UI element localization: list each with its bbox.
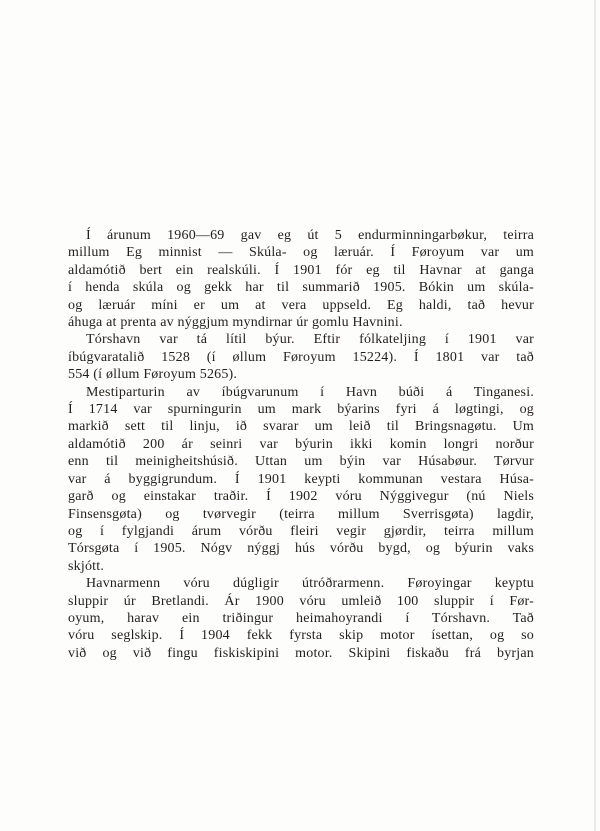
paragraph: Mestiparturin av íbúgvarunum í Havn búði… (68, 384, 534, 575)
text-line: var á byggigrundum. Í 1901 keypti kommun… (68, 471, 534, 488)
text-line: í henda skúla og gekk har til summarið 1… (68, 279, 534, 296)
text-line: íbúgvaratalið 1528 (í øllum Føroyum 1522… (68, 349, 534, 366)
text-line: enn til meinigheitshúsið. Uttan um býin … (68, 453, 534, 470)
paragraph: Tórshavn var tá lítil býur. Eftir fólkat… (68, 331, 534, 383)
body-text: Í árunum 1960—69 gav eg út 5 endurminnin… (68, 227, 534, 662)
text-line: markið sett til linju, ið svarar um leið… (68, 418, 534, 435)
text-line: og læruár míni er um at vera uppseld. Eg… (68, 297, 534, 314)
text-line: Finsensgøta) og tvørvegir (teirra millum… (68, 506, 534, 523)
text-line: oyum, harav ein triðingur heimahoyrandi … (68, 610, 534, 627)
text-line: aldamótið bert ein realskúli. Í 1901 fór… (68, 262, 534, 279)
text-line: Mestiparturin av íbúgvarunum í Havn búði… (68, 384, 534, 401)
text-line: aldamótið 200 ár seinri var býurin ikki … (68, 436, 534, 453)
paragraph: Havnarmenn vóru dúgligir útróðrarmenn. F… (68, 575, 534, 662)
text-line: millum Eg minnist — Skúla- og læruár. Í … (68, 244, 534, 261)
text-line: Tórsgøta í 1905. Nógv nýggj hús vórðu by… (68, 540, 534, 557)
text-line: 554 (í øllum Føroyum 5265). (68, 366, 534, 383)
text-line: Í 1714 var spurningurin um mark býarins … (68, 401, 534, 418)
page-edge-shadow (594, 0, 596, 831)
text-line: Tórshavn var tá lítil býur. Eftir fólkat… (68, 331, 534, 348)
text-line: skjótt. (68, 558, 534, 575)
text-line: áhuga at prenta av nýggjum myndirnar úr … (68, 314, 534, 331)
text-line: vóru seglskip. Í 1904 fekk fyrsta skip m… (68, 627, 534, 644)
paragraph: Í árunum 1960—69 gav eg út 5 endurminnin… (68, 227, 534, 331)
text-line: sluppir úr Bretlandi. Ár 1900 vóru umlei… (68, 593, 534, 610)
text-line: Í árunum 1960—69 gav eg út 5 endurminnin… (68, 227, 534, 244)
text-line: við og við fingu fiskiskipini motor. Ski… (68, 645, 534, 662)
text-line: Havnarmenn vóru dúgligir útróðrarmenn. F… (68, 575, 534, 592)
text-line: og í fylgjandi árum vórðu fleiri vegir g… (68, 523, 534, 540)
text-line: garð og einstakar traðir. Í 1902 vóru Ný… (68, 488, 534, 505)
book-page: Í árunum 1960—69 gav eg út 5 endurminnin… (0, 0, 600, 831)
